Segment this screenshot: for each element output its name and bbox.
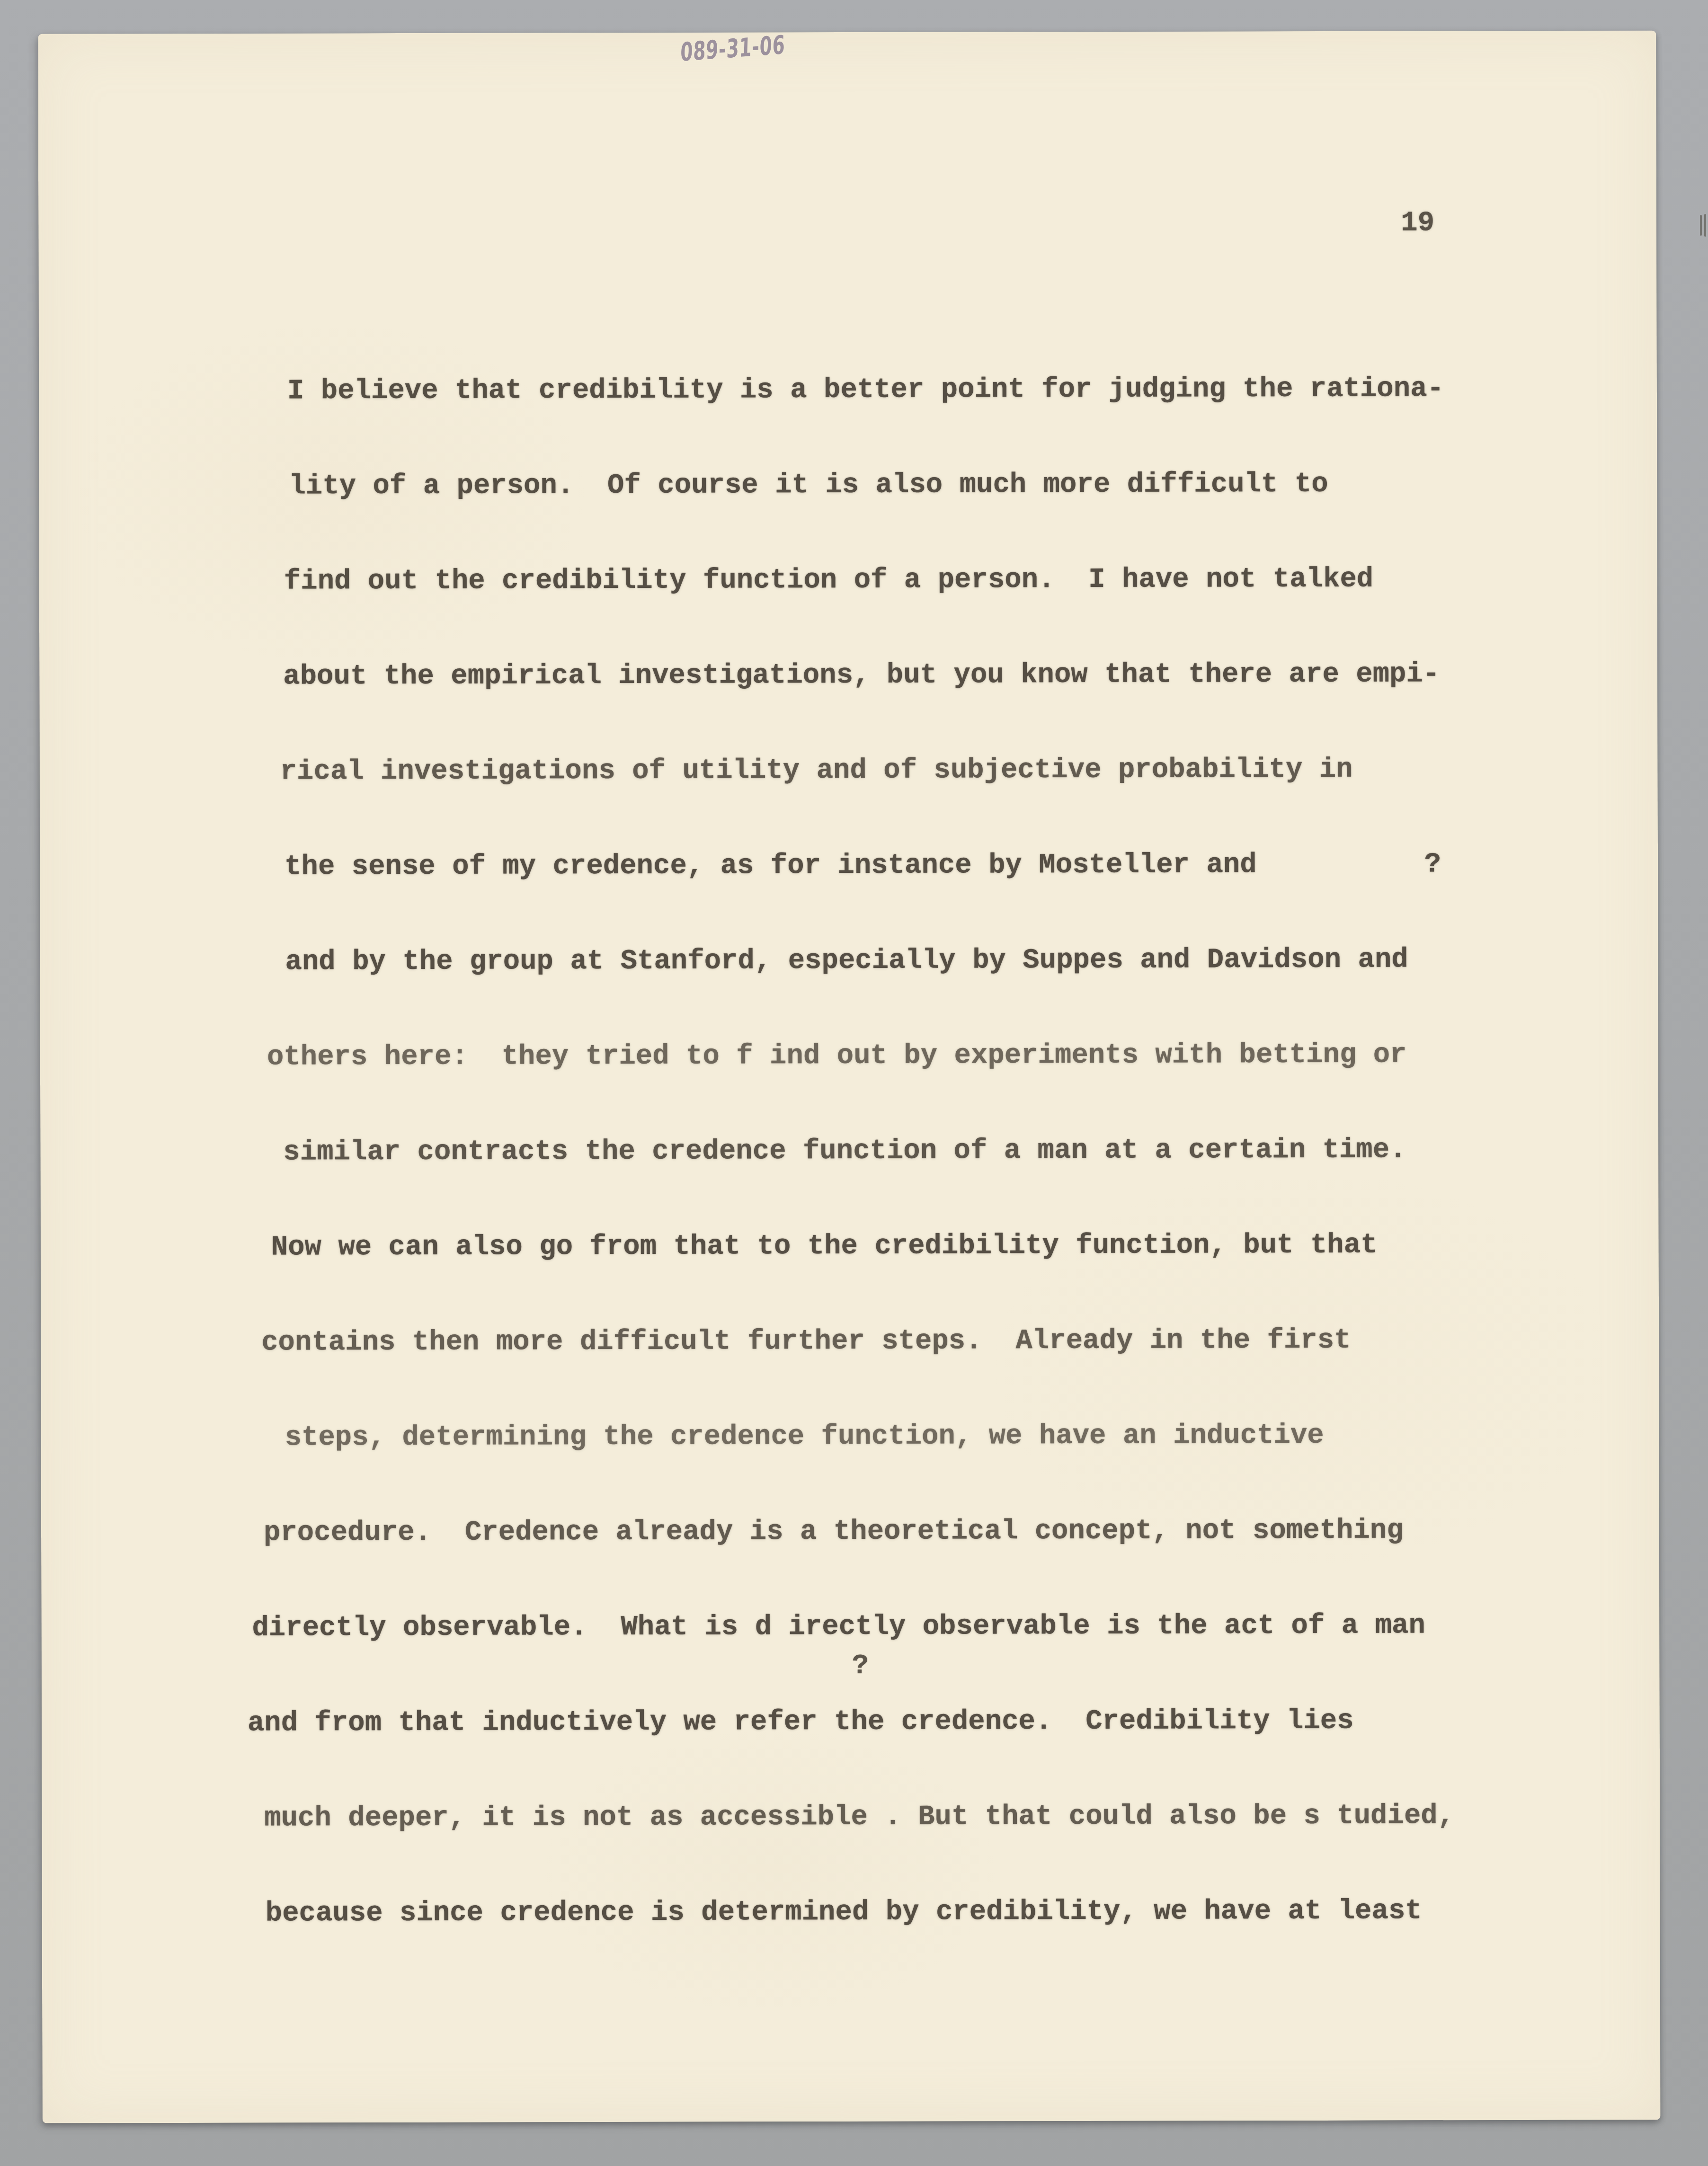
typed-line-9: similar contracts the credence function …: [40, 1101, 1658, 1200]
scanned-page: 089-31-06 19 I believe that credibility …: [38, 30, 1660, 2123]
typed-text-block: I believe that credibility is a better p…: [39, 340, 1660, 1961]
typed-line-16: much deeper, it is not as accessible . B…: [42, 1767, 1660, 1866]
typed-line-2: lity of a person. Of course it is also m…: [39, 435, 1657, 534]
typed-line-13: procedure. Credence already is a theoret…: [41, 1482, 1659, 1580]
typed-line-8: others here: they tried to f ind out by …: [40, 1006, 1658, 1105]
scan-edge-tick: [1700, 215, 1702, 236]
typed-line-6: the sense of my credence, as for instanc…: [40, 816, 1658, 914]
typed-line-7: and by the group at Stanford, especially…: [40, 911, 1658, 1010]
typed-line-11: contains then more difficult further ste…: [41, 1292, 1659, 1390]
typed-line-10: Now we can also go from that to the cred…: [41, 1197, 1659, 1295]
typed-line-3: find out the credibility function of a p…: [39, 531, 1657, 629]
typed-line-15: and from that inductively we refer the c…: [42, 1672, 1660, 1771]
page-number: 19: [1401, 207, 1434, 239]
typed-line-12: steps, determining the credence function…: [41, 1387, 1659, 1485]
typed-line-1: I believe that credibility is a better p…: [39, 340, 1657, 439]
typed-line-4: about the empirical investigations, but …: [39, 626, 1657, 724]
handwritten-archival-number: 089-31-06: [680, 30, 785, 67]
interline-question-mark: ?: [852, 1650, 869, 1682]
typed-line-5: rical investigations of utility and of s…: [39, 721, 1657, 819]
scanned-document-screenshot: { "document": { "archival_annotation": "…: [0, 0, 1708, 2166]
typed-line-17: because since credence is determined by …: [42, 1863, 1660, 1961]
scan-edge-artifact: [1700, 214, 1708, 238]
scan-edge-tick: [1704, 214, 1706, 237]
typed-line-14: directly observable. What is d irectly o…: [41, 1577, 1659, 1676]
